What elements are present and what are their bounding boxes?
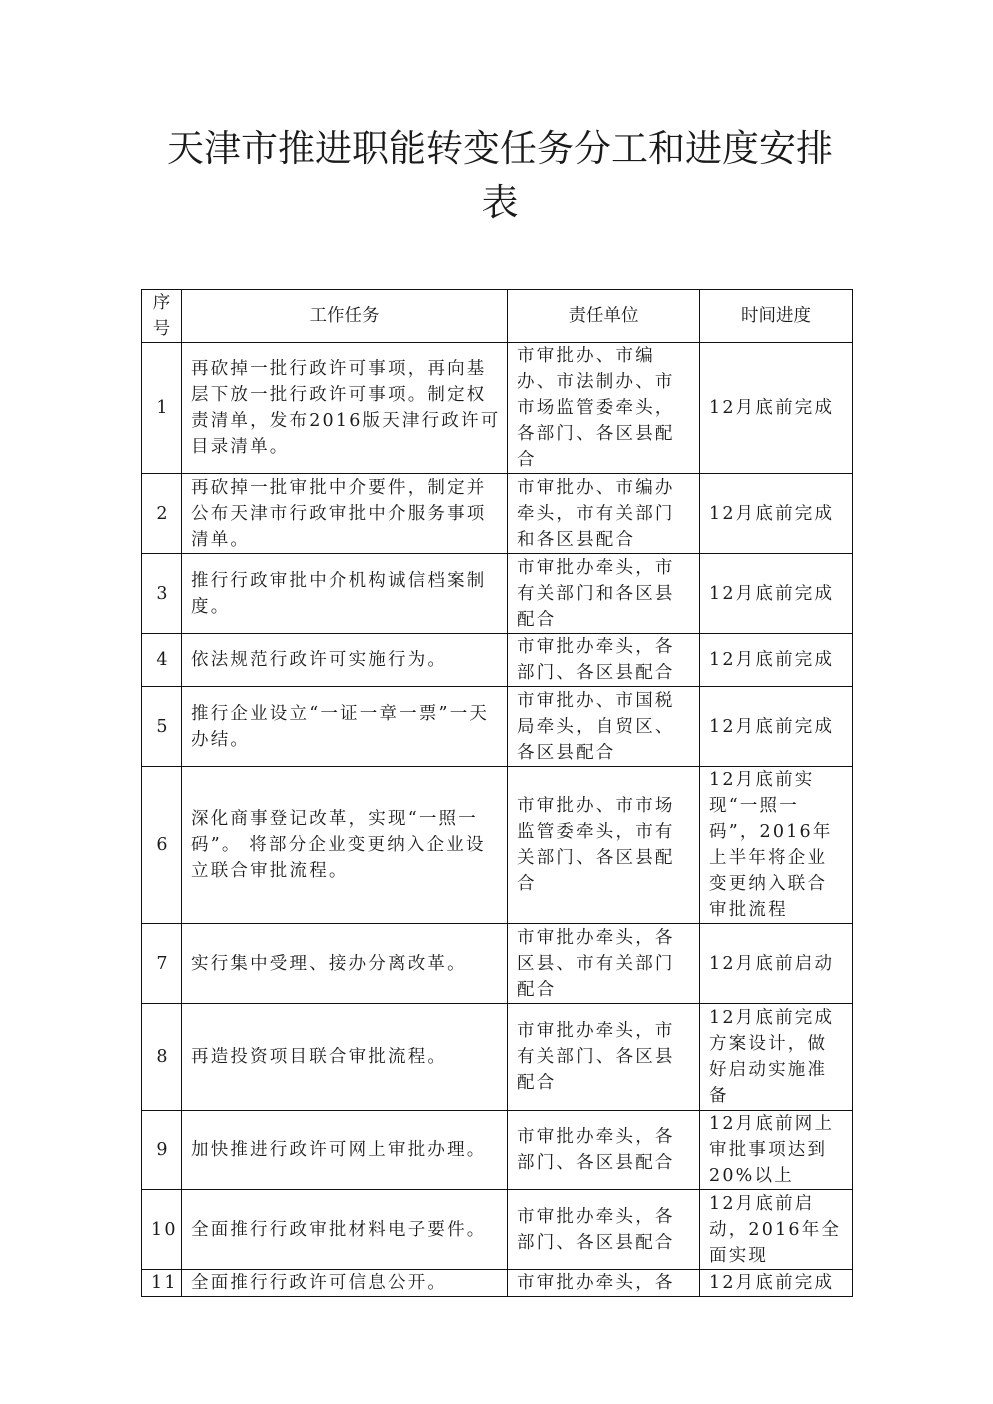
table-row: 8 再造投资项目联合审批流程。 市审批办牵头，市有关部门、各区县配合 12月底前… <box>142 1004 853 1111</box>
row-task: 再造投资项目联合审批流程。 <box>182 1004 508 1111</box>
row-schedule: 12月底前完成 <box>700 343 853 474</box>
table-row: 11 全面推行行政许可信息公开。 市审批办牵头，各 12月底前完成 <box>142 1270 853 1297</box>
title-line-1: 天津市推进职能转变任务分工和进度安排 <box>140 122 860 176</box>
row-schedule: 12月底前完成 <box>700 687 853 767</box>
row-unit: 市审批办、市国税局牵头，自贸区、各区县配合 <box>508 687 700 767</box>
row-schedule: 12月底前实现“一照一码”，2016年上半年将企业变更纳入联合审批流程 <box>700 767 853 924</box>
row-task: 推行行政审批中介机构诚信档案制度。 <box>182 554 508 634</box>
task-schedule-table: 序号 工作任务 责任单位 时间进度 1 再砍掉一批行政许可事项，再向基层下放一批… <box>141 289 853 1297</box>
header-schedule: 时间进度 <box>700 290 853 343</box>
row-task: 全面推行行政审批材料电子要件。 <box>182 1190 508 1270</box>
row-schedule: 12月底前启动，2016年全面实现 <box>700 1190 853 1270</box>
row-schedule: 12月底前网上审批事项达到20%以上 <box>700 1111 853 1190</box>
table-row: 6 深化商事登记改革，实现“一照一码”。 将部分企业变更纳入企业设立联合审批流程… <box>142 767 853 924</box>
row-unit: 市审批办、市编办牵头，市有关部门和各区县配合 <box>508 474 700 554</box>
row-index: 11 <box>142 1270 182 1297</box>
table-row: 9 加快推进行政许可网上审批办理。 市审批办牵头，各部门、各区县配合 12月底前… <box>142 1111 853 1190</box>
row-unit: 市审批办牵头，各 <box>508 1270 700 1297</box>
row-unit: 市审批办、市市场监管委牵头，市有关部门、各区县配合 <box>508 767 700 924</box>
row-schedule: 12月底前完成 <box>700 474 853 554</box>
table-header-row: 序号 工作任务 责任单位 时间进度 <box>142 290 853 343</box>
row-schedule: 12月底前完成 <box>700 634 853 687</box>
row-index: 7 <box>142 924 182 1004</box>
row-unit: 市审批办、市编办、市法制办、市市场监管委牵头，各部门、各区县配合 <box>508 343 700 474</box>
header-unit: 责任单位 <box>508 290 700 343</box>
row-index: 5 <box>142 687 182 767</box>
table-row: 2 再砍掉一批审批中介要件，制定并公布天津市行政审批中介服务事项清单。 市审批办… <box>142 474 853 554</box>
row-task: 加快推进行政许可网上审批办理。 <box>182 1111 508 1190</box>
row-index: 4 <box>142 634 182 687</box>
table-row: 3 推行行政审批中介机构诚信档案制度。 市审批办牵头，市有关部门和各区县配合 1… <box>142 554 853 634</box>
header-index: 序号 <box>142 290 182 343</box>
table-row: 1 再砍掉一批行政许可事项，再向基层下放一批行政许可事项。制定权责清单，发布20… <box>142 343 853 474</box>
row-schedule: 12月底前完成 <box>700 554 853 634</box>
row-index: 3 <box>142 554 182 634</box>
row-index: 8 <box>142 1004 182 1111</box>
row-schedule: 12月底前完成方案设计，做好启动实施准备 <box>700 1004 853 1111</box>
row-index: 2 <box>142 474 182 554</box>
row-task: 再砍掉一批行政许可事项，再向基层下放一批行政许可事项。制定权责清单，发布2016… <box>182 343 508 474</box>
row-task: 推行企业设立“一证一章一票”一天办结。 <box>182 687 508 767</box>
row-unit: 市审批办牵头，各部门、各区县配合 <box>508 1190 700 1270</box>
row-unit: 市审批办牵头，市有关部门、各区县配合 <box>508 1004 700 1111</box>
row-task: 依法规范行政许可实施行为。 <box>182 634 508 687</box>
table-row: 4 依法规范行政许可实施行为。 市审批办牵头，各部门、各区县配合 12月底前完成 <box>142 634 853 687</box>
row-index: 6 <box>142 767 182 924</box>
row-unit: 市审批办牵头，市有关部门和各区县配合 <box>508 554 700 634</box>
row-task: 全面推行行政许可信息公开。 <box>182 1270 508 1297</box>
header-task: 工作任务 <box>182 290 508 343</box>
title-line-2: 表 <box>140 176 860 230</box>
row-schedule: 12月底前完成 <box>700 1270 853 1297</box>
table-row: 10 全面推行行政审批材料电子要件。 市审批办牵头，各部门、各区县配合 12月底… <box>142 1190 853 1270</box>
row-unit: 市审批办牵头，各区县、市有关部门配合 <box>508 924 700 1004</box>
row-task: 再砍掉一批审批中介要件，制定并公布天津市行政审批中介服务事项清单。 <box>182 474 508 554</box>
row-index: 10 <box>142 1190 182 1270</box>
row-unit: 市审批办牵头，各部门、各区县配合 <box>508 634 700 687</box>
row-index: 1 <box>142 343 182 474</box>
row-task: 实行集中受理、接办分离改革。 <box>182 924 508 1004</box>
row-index: 9 <box>142 1111 182 1190</box>
row-task: 深化商事登记改革，实现“一照一码”。 将部分企业变更纳入企业设立联合审批流程。 <box>182 767 508 924</box>
row-unit: 市审批办牵头，各部门、各区县配合 <box>508 1111 700 1190</box>
row-schedule: 12月底前启动 <box>700 924 853 1004</box>
table-row: 5 推行企业设立“一证一章一票”一天办结。 市审批办、市国税局牵头，自贸区、各区… <box>142 687 853 767</box>
table-row: 7 实行集中受理、接办分离改革。 市审批办牵头，各区县、市有关部门配合 12月底… <box>142 924 853 1004</box>
document-title: 天津市推进职能转变任务分工和进度安排 表 <box>140 122 860 230</box>
